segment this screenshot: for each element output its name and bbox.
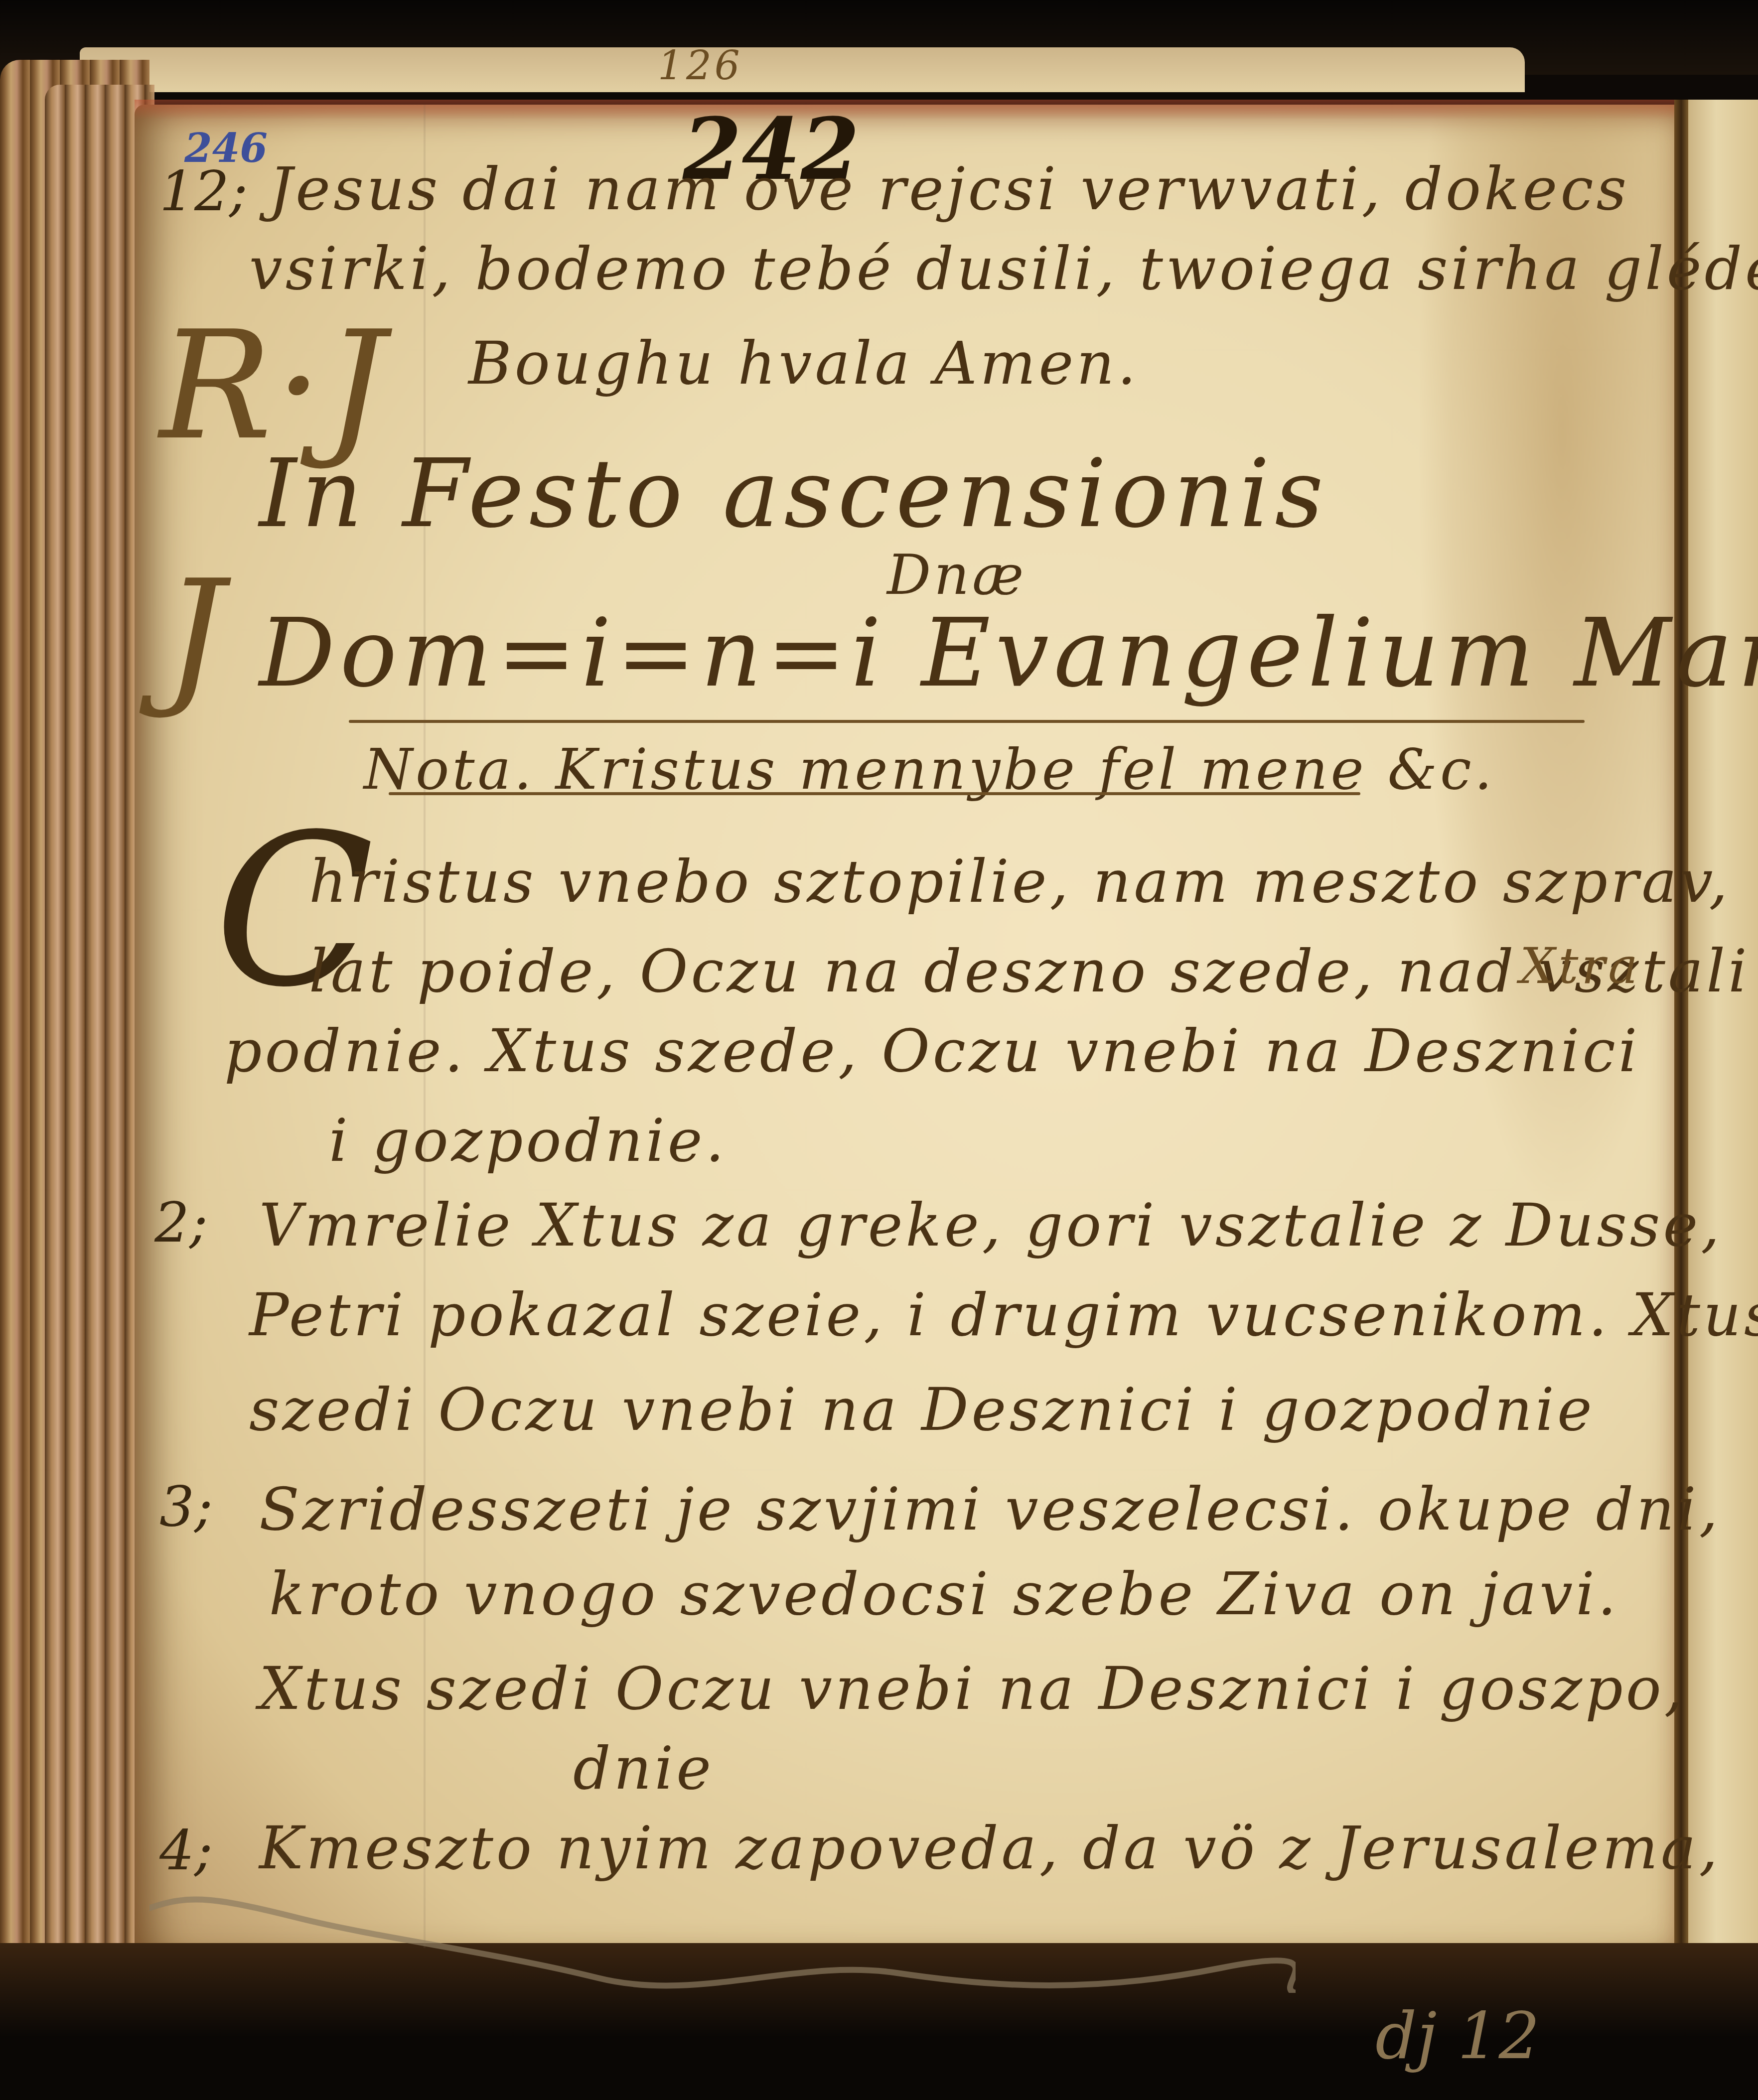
stanza-line: kroto vnogo szvedocsi szebe Ziva on javi… [269,1559,1619,1628]
stanza-line: Kmeszto nyim zapoveda, da vö z Jerusalem… [259,1814,1721,1882]
stanza-line: Vmrelie Xtus za greke, gori vsztalie z D… [259,1191,1723,1260]
margin-note: Xtra [1520,937,1641,995]
stanza-number: 4; [159,1819,213,1882]
stanza-line: dnie [573,1734,714,1803]
torn-page-fragment: 126 [80,47,1525,92]
facing-page-edge [1688,100,1758,1943]
heading-superscript: Dnæ [887,543,1026,607]
heading-subtitle: Dom=i=n=i Evangelium Marci 16 [259,598,1758,708]
verse-line: vsirki, bodemo tebé dusili, twoiega sirh… [249,234,1758,303]
stanza-line: Szridesszeti je szvjimi veszelecsi. okup… [259,1475,1721,1543]
nota-underline [389,792,1360,795]
fragment-number: 126 [658,42,743,89]
stanza-line: szedi Oczu vnebi na Desznici i gozpodnie [249,1375,1595,1444]
verse-number: 12; [159,159,248,223]
catchword: dj 12 [1375,1998,1540,2074]
verse-line: Boughu hvala Amen. [468,329,1139,398]
stanza-line: i gozpodnie. [329,1106,727,1175]
pencil-wavy-line-icon [149,1893,1296,1993]
margin-flourish-icon: J [164,548,227,722]
heading-title: In Festo ascensionis [259,438,1328,549]
stanza-number: 2; [154,1191,208,1255]
stanza-line: Petri pokazal szeie, i drugim vucsenikom… [249,1280,1758,1349]
stanza-line: podnie. Xtus szede, Oczu vnebi na Deszni… [224,1016,1640,1085]
stanza-line: hristus vnebo sztopilie, nam meszto szpr… [309,847,1731,916]
heading-underline [349,720,1585,723]
stanza-number: 3; [159,1475,213,1539]
verse-line: Jesus dai nam ove rejcsi verwvati, dokec… [269,154,1629,223]
stanza-line: Xtus szedi Oczu vnebi na Desznici i gosz… [259,1654,1686,1723]
